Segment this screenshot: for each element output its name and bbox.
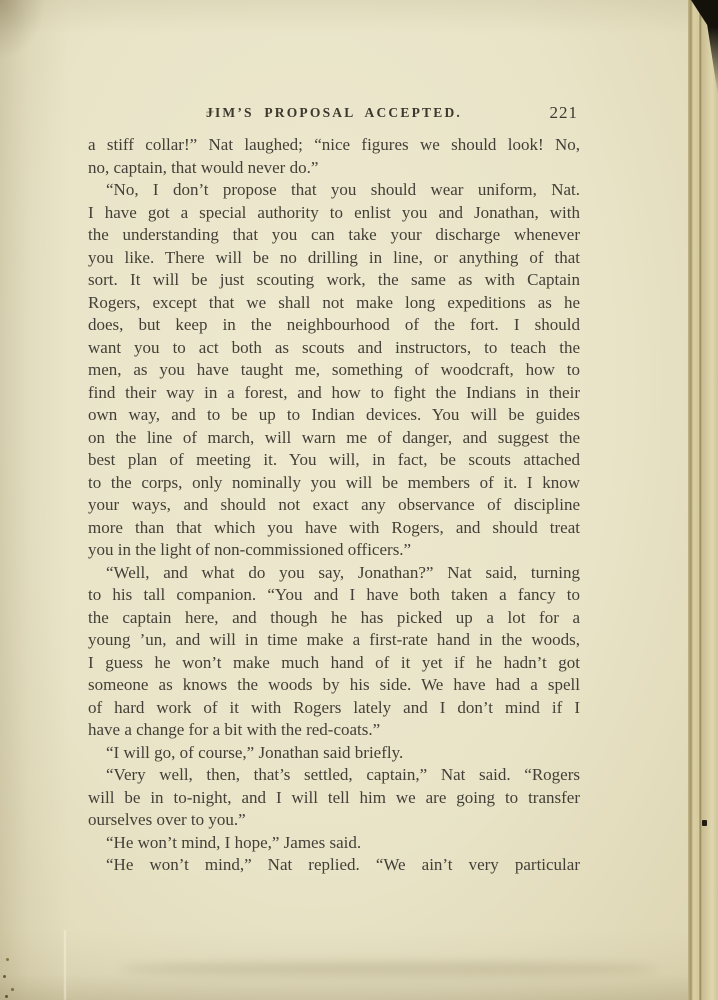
running-header-row: JIM’S PROPOSAL ACCEPTED. 221 (88, 103, 580, 123)
text-line: young ’un, and will in time make a first… (88, 629, 580, 652)
running-header-title: JIM’S PROPOSAL ACCEPTED. (88, 105, 580, 121)
text-line: find their way in a forest, and how to f… (88, 382, 580, 405)
text-line: the captain here, and though he has pick… (88, 607, 580, 630)
book-page-scan: JIM’S PROPOSAL ACCEPTED. 221 a stiff col… (0, 0, 718, 1000)
text-line: best plan of meeting it. You will, in fa… (88, 449, 580, 472)
text-line: on the line of march, will warn me of da… (88, 427, 580, 450)
text-line: to the corps, only nominally you will be… (88, 472, 580, 495)
text-line: you like. There will be no drilling in l… (88, 247, 580, 270)
page-number: 221 (550, 103, 579, 123)
text-line: someone as knows the woods by his side. … (88, 674, 580, 697)
text-line: men, as you have taught me, something of… (88, 359, 580, 382)
text-line: to his tall companion. “You and I have b… (88, 584, 580, 607)
text-line: does, but keep in the neighbourhood of t… (88, 314, 580, 337)
corner-shading (0, 0, 46, 60)
page-crease (64, 930, 66, 1000)
text-line: your ways, and should not exact any obse… (88, 494, 580, 517)
ink-spot (702, 820, 707, 826)
text-line: the understanding that you can take your… (88, 224, 580, 247)
text-line: own way, and to be up to Indian devices.… (88, 404, 580, 427)
text-line: “I will go, of course,” Jonathan said br… (88, 742, 580, 765)
paper-speckles (2, 955, 5, 958)
text-line: “Well, and what do you say, Jonathan?” N… (88, 562, 580, 585)
book-page-edges (688, 0, 718, 1000)
text-line: sort. It will be just scouting work, the… (88, 269, 580, 292)
text-line: will be in to-night, and I will tell him… (88, 787, 580, 810)
page-text: a stiff collar!” Nat laughed; “nice figu… (88, 134, 580, 877)
text-line: of hard work of it with Rogers lately an… (88, 697, 580, 720)
text-line: I have got a special authority to enlist… (88, 202, 580, 225)
page-curl-shadow (120, 962, 658, 976)
text-line: “No, I don’t propose that you should wea… (88, 179, 580, 202)
text-line: have a change for a bit with the red-coa… (88, 719, 580, 742)
text-line: a stiff collar!” Nat laughed; “nice figu… (88, 134, 580, 157)
text-line: “He won’t mind, I hope,” James said. (88, 832, 580, 855)
text-line: I guess he won’t make much hand of it ye… (88, 652, 580, 675)
text-line: “Very well, then, that’s settled, captai… (88, 764, 580, 787)
text-line: ourselves over to you.” (88, 809, 580, 832)
text-line: want you to act both as scouts and instr… (88, 337, 580, 360)
text-line: no, captain, that would never do.” (88, 157, 580, 180)
text-line: “He won’t mind,” Nat replied. “We ain’t … (88, 854, 580, 877)
text-line: you in the light of non-commissioned off… (88, 539, 580, 562)
text-line: Rogers, except that we shall not make lo… (88, 292, 580, 315)
text-line: more than that which you have with Roger… (88, 517, 580, 540)
